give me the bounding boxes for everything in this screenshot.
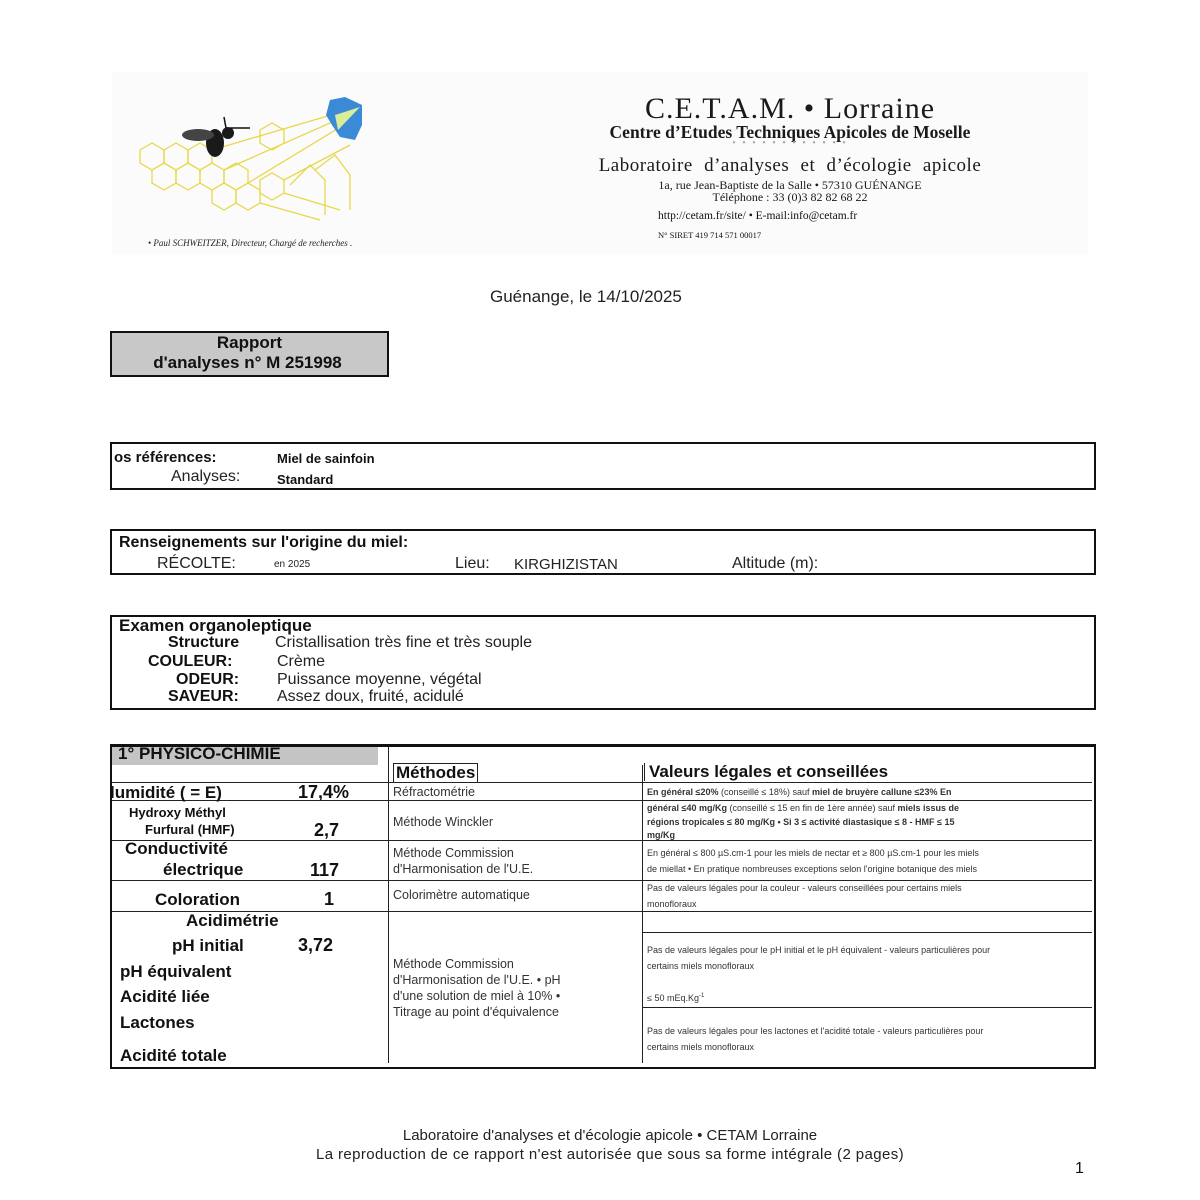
color-value: Crème [277,653,325,671]
lactones-legal-line1: Pas de valeurs légales pour les lactones… [647,1023,983,1039]
bee-honeycomb-france-logo-icon [120,85,370,225]
org-title: C.E.T.A.M. • Lorraine [490,92,1090,126]
odor-value: Puissance moyenne, végétal [277,671,482,689]
acidimetry-method: Méthode Commission d'Harmonisation de l'… [393,956,561,1020]
coloration-value: 1 [324,889,334,910]
legal-bold: miels issus de [898,803,960,813]
legal-bold: général ≤40 mg/Kg [647,803,727,813]
acidimetry-method-line: d'une solution de miel à 10% • [393,988,561,1004]
legal-bold: En général ≤20% [647,787,718,797]
conductivity-method-line1: Méthode Commission [393,846,514,860]
report-title: Rapport [112,333,387,353]
lactones-legal-line2: certains miels monofloraux [647,1039,754,1055]
bound-acidity-legal-text: ≤ 50 mEq.Kg [647,993,699,1003]
place-value: KIRGHIZISTAN [514,556,618,573]
acidimetry-method-line: Titrage au point d'équivalence [393,1004,561,1020]
humidity-value: 17,4% [298,782,349,803]
lab-name: Laboratoire d’analyses et d’écologie api… [490,155,1090,177]
director-name: • Paul SCHWEITZER, Directeur, Chargé de … [148,238,352,248]
acidimetry-method-line: Méthode Commission [393,956,561,972]
organoleptic-box: Examen organoleptique Structure Cristall… [110,615,1096,710]
ph-equivalent-label: pH équivalent [120,962,231,982]
ph-legal-line2: certains miels monofloraux [647,958,754,974]
structure-value: Cristallisation très fine et très souple [275,634,532,652]
references-value: Miel de sainfoin [277,451,375,466]
report-number: d'analyses n° M 251998 [110,353,387,373]
harvest-label: RÉCOLTE: [157,555,236,573]
conductivity-legal-line1: En général ≤ 800 µS.cm-1 pour les miels … [647,845,979,861]
conductivity-label-line1: Conductivité [125,839,228,859]
acidimetry-method-line: d'Harmonisation de l'U.E. • pH [393,972,561,988]
references-box: os références: Miel de sainfoin Analyses… [110,442,1096,490]
row-divider [642,932,1092,933]
coloration-label: Coloration [155,890,240,910]
origin-title: Renseignements sur l'origine du miel: [119,534,408,552]
row-divider [112,782,1092,783]
separator-dots: • • • • • • • • • • • • [490,138,1090,149]
report-date: Guénange, le 14/10/2025 [490,287,682,307]
humidity-hmf-legal-text: En général ≤20% (conseillé ≤ 18%) sauf m… [647,784,1087,841]
acidimetry-title: Acidimétrie [186,911,279,931]
total-acidity-label: Acidité totale [120,1046,227,1066]
org-phone: Téléphone : 33 (0)3 82 82 68 22 [490,190,1090,205]
page-number: 1 [1075,1160,1084,1178]
col-divider [388,747,389,1063]
organoleptic-title: Examen organoleptique [119,616,312,636]
altitude-label: Altitude (m): [732,555,818,573]
hmf-value: 2,7 [314,820,339,841]
conductivity-legal-line2: de miellat • En pratique nombreuses exce… [647,861,977,877]
legal-text: (conseillé ≤ 18%) sauf [718,787,811,797]
row-divider [388,800,642,801]
legal-values-header: Valeurs légales et conseillées [644,763,892,781]
humidity-method: Réfractométrie [393,785,475,799]
coloration-legal-line1: Pas de valeurs légales pour la couleur -… [647,880,962,896]
place-label: Lieu: [455,555,490,573]
bound-acidity-label: Acidité liée [120,987,210,1007]
conductivity-label-line2: électrique [163,860,243,880]
bound-acidity-legal: ≤ 50 mEq.Kg-1 [647,988,704,1006]
analyses-value: Standard [277,472,333,487]
coloration-legal-line2: monofloraux [647,896,697,912]
humidity-label: lumidité ( = E) [110,783,222,803]
physico-chemistry-table: 1° PHYSICO-CHIMIE Méthodes Valeurs légal… [110,744,1096,1069]
ph-initial-label: pH initial [172,936,244,956]
odor-label: ODEUR: [176,671,239,689]
legal-bold: miel de bruyère callune ≤23% En [812,787,952,797]
coloration-method: Colorimètre automatique [393,888,530,902]
conductivity-value: 117 [310,860,339,881]
hmf-label-line1: Hydroxy Méthyl [129,805,226,820]
taste-value: Assez doux, fruité, acidulé [277,688,464,706]
section-title: 1° PHYSICO-CHIMIE [118,744,281,764]
row-divider [642,1007,1092,1008]
ph-legal-line1: Pas de valeurs légales pour le pH initia… [647,942,990,958]
color-label: COULEUR: [148,653,232,671]
origin-box: Renseignements sur l'origine du miel: RÉ… [110,529,1096,575]
harvest-value: en 2025 [274,559,310,570]
legal-text: (conseillé ≤ 15 en fin de 1ère année) sa… [727,803,898,813]
bound-acidity-legal-sup: -1 [699,993,704,999]
col-divider [642,765,643,1063]
footer-reproduction-notice: La reproduction de ce rapport n'est auto… [0,1146,1200,1163]
ph-initial-value: 3,72 [298,935,333,956]
analyses-label: Analyses: [171,468,240,486]
org-siret: N° SIRET 419 714 571 00017 [658,230,761,240]
report-number-box: Rapport d'analyses n° M 251998 [110,331,389,377]
legal-bold: régions tropicales ≤ 80 mg/Kg • Si 3 ≤ a… [647,817,955,827]
references-label: os références: [114,449,217,466]
conductivity-method-line2: d'Harmonisation de l'U.E. [393,862,533,876]
legal-bold: mg/Kg [647,830,675,840]
structure-label: Structure [168,634,239,652]
lactones-label: Lactones [120,1013,195,1033]
taste-label: SAVEUR: [168,688,239,706]
footer-lab-line: Laboratoire d'analyses et d'écologie api… [0,1127,1200,1144]
org-web-email: http://cetam.fr/site/ • E-mail:info@ceta… [658,210,857,222]
hmf-method: Méthode Winckler [393,815,493,829]
hmf-label-line2: Furfural (HMF) [145,822,235,837]
methods-header: Méthodes [393,763,478,783]
